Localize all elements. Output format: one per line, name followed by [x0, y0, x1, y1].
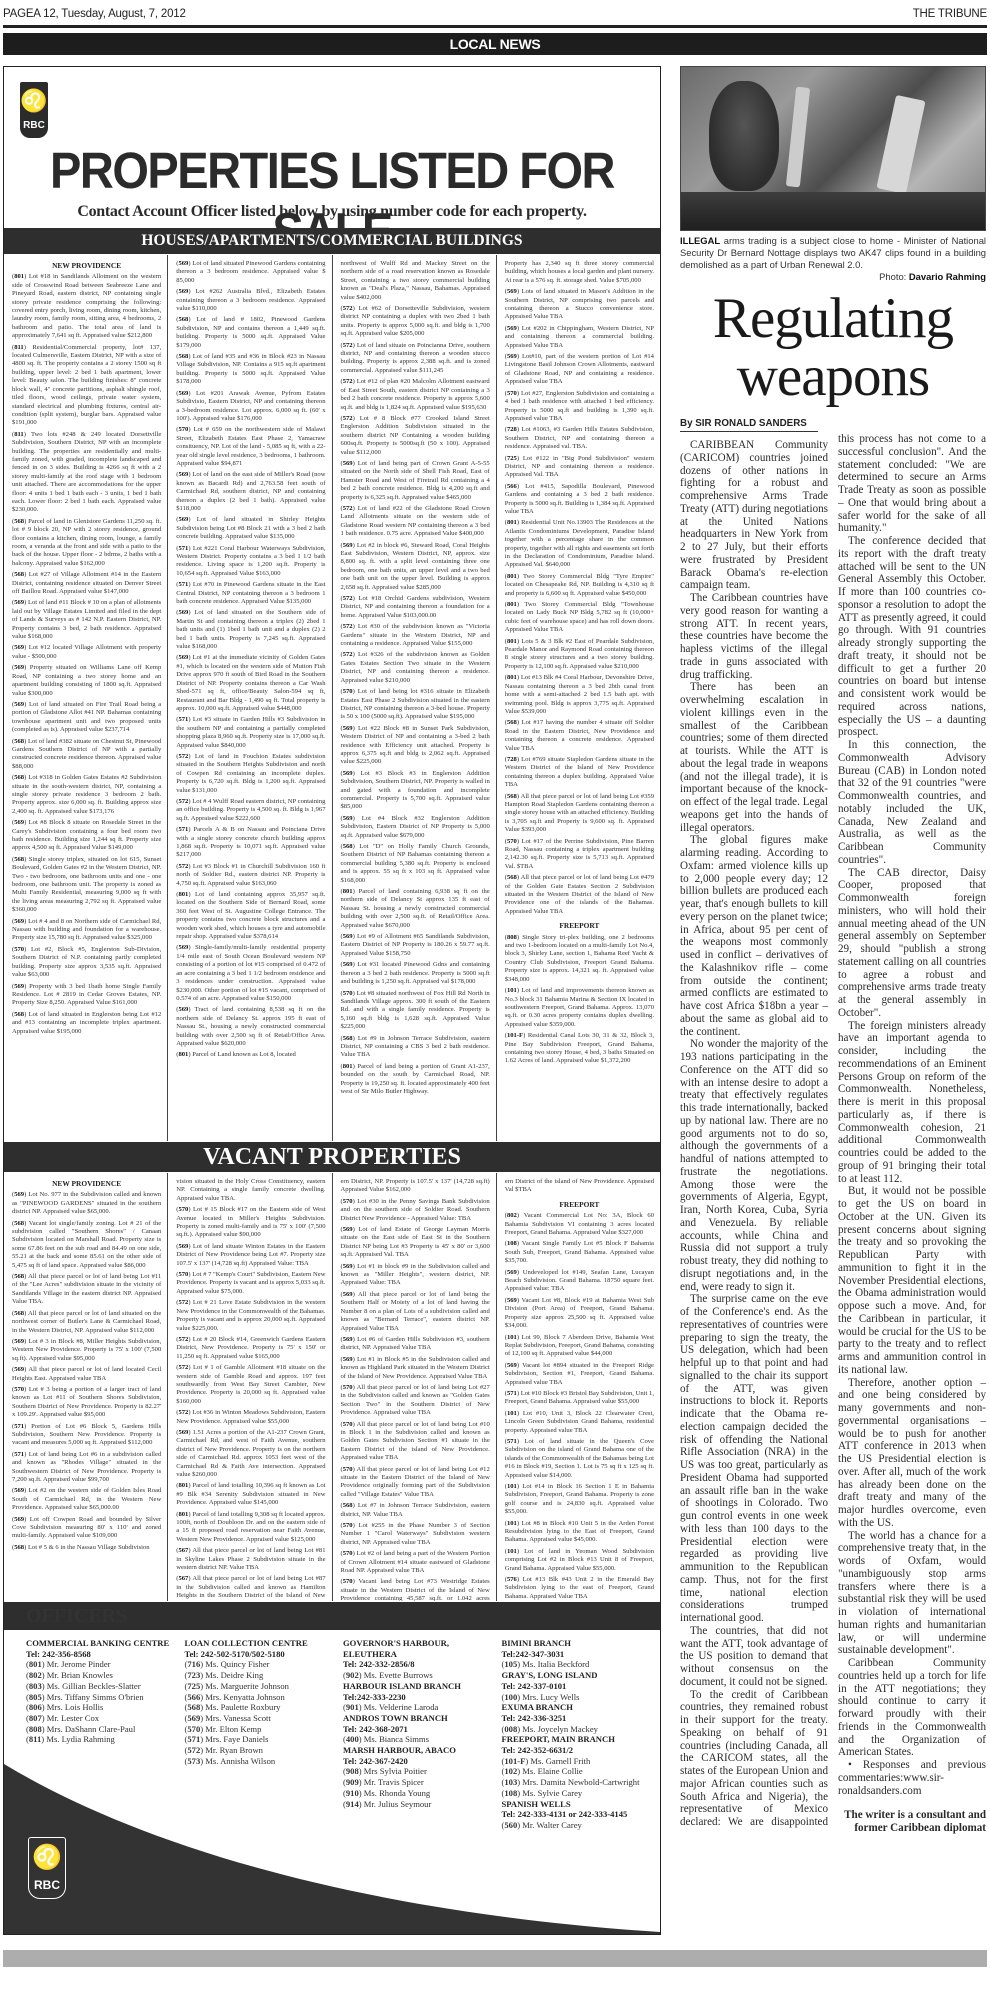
listing-column: northwest of Wulff Rd and Mackey Street … — [333, 255, 497, 1141]
property-listing: (572) Lot # 8 Block #77 Crooked Island S… — [341, 415, 490, 457]
listing-description: ern District, NP. Property is 107.5' x 1… — [341, 1178, 490, 1193]
property-listing: (101) Lot of land in Yeoman Wood Subdivi… — [505, 1548, 654, 1573]
property-listing: (569) Lot # 4 and 8 on Northern side of … — [12, 918, 161, 943]
listing-description: Lot #221 Coral Harbour Waterways Subdivi… — [176, 545, 325, 577]
property-listing: (569) Lot #31 located Pinewood Gdns and … — [341, 961, 490, 986]
listing-description: Lot #262 Australia Blvd., Elizabeth Esta… — [176, 288, 325, 312]
officer-branch-column: GOVERNOR'S HARBOUR,ELEUTHERATel: 242-332… — [343, 1638, 502, 1935]
officer-code: 570 — [343, 990, 353, 997]
listing-description: Residential Canal Lots 30, 31 & 32, Bloc… — [505, 1032, 654, 1064]
listing-description: Lot of land situate in the Queen's Cove … — [505, 1438, 654, 1479]
officer-code: 909 — [346, 1777, 359, 1787]
listing-description: Lot #70 in Pinewood Gardens situate in t… — [176, 581, 325, 605]
property-listing: (801) Two Storey Commercial Bldg "Townho… — [505, 601, 654, 635]
listing-description: Parcel of land totalling 10,396 sq ft kn… — [176, 1482, 325, 1506]
branch-heading: MARSH HARBOUR, ABACO — [343, 1745, 502, 1756]
officer-name: Ms. Italia Beckford — [522, 1659, 589, 1669]
property-listing: (568) Vacant lot single/family zoning. L… — [12, 1220, 161, 1270]
officer-code: 568 — [14, 856, 24, 863]
property-listing: (572) Lot # 4 Wulff Road eastern distric… — [176, 798, 325, 823]
officer-code: 568 — [343, 843, 353, 850]
property-listing: (569) Lot of land being part of Crown Gr… — [341, 460, 490, 502]
listing-description: Lot # 1 of Gamble Allotment #18 situate … — [176, 1364, 325, 1405]
article-paragraph: CARIBBEAN Community (CARICOM) countries … — [680, 439, 828, 592]
listing-description: Lot #1 at the immediate vicinity of Gold… — [176, 654, 325, 711]
property-listing: (108) Vacant Single Family Lot #5 Block … — [505, 1240, 654, 1265]
listing-description: Lot #22 Block #8 in Sunset Park Subdivis… — [341, 725, 490, 766]
officer-code: 570 — [343, 1466, 353, 1473]
officer-code: 728 — [507, 756, 517, 763]
branch-heading: Tel: 242-336-3251 — [502, 1713, 661, 1724]
article-headline: Regulating weapons — [680, 290, 986, 406]
listing-description: Lot #1063, #3 Garden Hills Estates Subdi… — [505, 426, 654, 450]
listing-description: Lot #1 in block #9 in the Subdivision ca… — [341, 1263, 490, 1287]
officer-code: 572 — [178, 753, 188, 760]
property-listing: (801) Lot #18 in Sandilands Allotment on… — [12, 273, 161, 340]
officer-code: 803 — [29, 1681, 42, 1691]
listing-description: Lot #30 in the Penny Savings Bank Subdiv… — [341, 1198, 490, 1222]
caption-text: arms trading is a subject close to home … — [680, 235, 986, 270]
listing-description: Lot #4 Block #32 Englerston Addition Sub… — [341, 815, 490, 839]
rbc-properties-ad: ♌ RBC PROPERTIES LISTED FOR SALE Contact… — [3, 66, 661, 1935]
branch-heading: GRAY'S, LONG ISLAND — [502, 1670, 661, 1681]
property-listing: (572) Lot #12 of plan #20 Malcolm Allotm… — [341, 378, 490, 412]
property-listing: (569) Vacant Lot #8, Block #19 at Bahami… — [505, 1297, 654, 1331]
officer-code: 108 — [507, 1240, 517, 1247]
officer-code: 566 — [187, 1692, 200, 1702]
officer-code: 572 — [178, 1364, 188, 1371]
officer-name: Mrs. Vanessa Scott — [205, 1713, 271, 1723]
officer-code: 570 — [507, 838, 517, 845]
officer-code: 801 — [178, 1482, 188, 1489]
property-listing: (569) Vacant lot #894 situated in the Fr… — [505, 1362, 654, 1387]
listing-description: All that piece parcel or lot of land bei… — [176, 1547, 325, 1571]
listing-description: Lot #3 Block #3 in Englerston Addition S… — [341, 770, 490, 811]
listing-description: Lots of land situated in Mason's Additio… — [505, 288, 654, 320]
lion-globe-icon: ♌ — [29, 1838, 65, 1878]
officer-code: 801 — [507, 638, 517, 645]
officer-code: 569 — [178, 1243, 188, 1250]
listing-description: vision situated in the Holy Cross Consti… — [176, 1178, 325, 1202]
officer-branch-column: BIMINI BRANCHTel:242-347-3031(105) Ms. I… — [502, 1638, 661, 1935]
property-listing: (801) Lots 5 & 3 Blk #2 East of Peardale… — [505, 638, 654, 672]
officer-code: 566 — [507, 483, 517, 490]
listing-description: Lot #36 in Winton Meadows Subdivision, E… — [176, 1409, 325, 1424]
article-paragraph: The world has a chance for a comprehensi… — [838, 1530, 986, 1658]
property-listing: (569) Single-family/multi-family residen… — [176, 944, 325, 1003]
listing-description: Lot #14 in Block 16 Section 1 E in Baham… — [505, 1483, 654, 1515]
officer-code: 569 — [178, 944, 188, 951]
officer-name: Ms. Deidre King — [205, 1670, 263, 1680]
property-listing: (572) Lot of land situate on Poincianna … — [341, 342, 490, 376]
listing-column: Property has 2,340 sq ft three storey co… — [497, 255, 660, 1141]
officer-code: 801 — [14, 273, 24, 280]
houses-heading: HOUSES/APARTMENTS/COMMERCIAL BUILDINGS — [4, 228, 660, 254]
photo-credit: Photo: Davario Rahming — [680, 271, 986, 283]
listing-description: Lot of land #11 Block # 10 on a plan of … — [12, 599, 161, 640]
officer-code: 571 — [178, 545, 188, 552]
listing-description: Lot #202 in Chippingham, Western Distric… — [505, 325, 654, 349]
page-footer-bar — [3, 1950, 987, 1967]
officer-code: 100 — [504, 1692, 517, 1702]
writer-note: The writer is a consultant and former Ca… — [838, 1809, 986, 1835]
listing-description: Lot #318 in Golden Gates Estates #2 Subd… — [12, 774, 161, 815]
officer-code: 571 — [178, 716, 188, 723]
vacant-listings: NEW PROVIDENCE(569) Lot No. 977 in the S… — [4, 1173, 660, 1601]
officer-code: 811 — [14, 344, 24, 351]
officer-entry: (801) Mr. Jerome Pinder — [26, 1659, 185, 1670]
officer-name: Ms. Sylvie Carey — [522, 1788, 582, 1798]
branch-heading: FREEPORT, MAIN BRANCH — [502, 1734, 661, 1745]
listing-description: Parcel of land totalling 9,308 sq ft loc… — [176, 1511, 325, 1543]
officer-code: 569 — [178, 516, 188, 523]
property-listing: (568) Lot # 5 & 6 in the Nassau Village … — [12, 1544, 161, 1552]
listing-description: Lot # 4 and 8 on Northern side of Carmic… — [12, 918, 161, 942]
property-listing: (570) Vacant land being Lot #73 Westridg… — [341, 1578, 490, 1601]
property-listing: (569) Lot #262 Australia Blvd., Elizabet… — [176, 288, 325, 313]
region-heading: NEW PROVIDENCE — [12, 262, 161, 270]
listing-description: All that piece parcel or lot of land loc… — [12, 1366, 161, 1381]
listing-description: Lot of land on the east side of Miller's… — [176, 471, 325, 512]
property-listing: (567) All that piece parcel or lot of la… — [176, 1547, 325, 1572]
caption-lead: ILLEGAL — [680, 235, 720, 246]
property-listing: (572) Lot of land in Fouchion Estates su… — [176, 753, 325, 795]
property-listing: (570) Lot of land being lot #316 situate… — [341, 688, 490, 722]
officer-code: 901 — [346, 1702, 359, 1712]
officer-code: 569 — [507, 1362, 517, 1369]
officer-code: 569 — [178, 1006, 188, 1013]
officer-entry: (802) Mr. Brian Knowles — [26, 1670, 185, 1681]
officer-code: 103 — [504, 1777, 517, 1787]
article-body: CARIBBEAN Community (CARICOM) countries … — [680, 433, 986, 1933]
officer-entry: (570) Mr. Elton Kemp — [185, 1724, 344, 1735]
listing-description: All that piece parcel or lot of land sit… — [12, 1310, 161, 1334]
property-listing: (101) Lot 99, Block 7 Aberdeen Drive, Ba… — [505, 1334, 654, 1359]
property-listing: (567) All that piece parcel or lot of la… — [176, 1575, 325, 1601]
officer-entry: (808) Mrs. DaShann Clare-Paul — [26, 1724, 185, 1735]
listing-description: Lot #13 Blk #43 Unit 2 in the Emerald Ba… — [505, 1576, 654, 1600]
officer-code: 568 — [14, 1273, 24, 1280]
property-listing: (569) Lot #1 in Block #5 in the Subdivis… — [341, 1356, 490, 1381]
officer-code: 576 — [507, 1576, 517, 1583]
listing-description: All that piece parcel or lot of land bei… — [505, 793, 654, 834]
listing-description: Lot #3 Block #1 in Churchill Subdivision… — [176, 863, 325, 887]
property-listing: (101) Lot #10, Unit 3, Block 22 Clearwat… — [505, 1410, 654, 1435]
property-listing: (569) Lot #22 Block #8 in Sunset Park Su… — [341, 725, 490, 767]
article-paragraph: The conference decided that its report w… — [838, 535, 986, 739]
listing-description: Lot # 3 in Block #8, Miller Heights Subd… — [12, 1338, 161, 1362]
branch-heading: Tel: 242-333-4131 or 242-333-4145 — [502, 1809, 661, 1820]
property-listing: (570) Lot # 15 Block #17 on the Eastern … — [176, 1206, 325, 1240]
officer-code: 572 — [178, 1299, 188, 1306]
officer-entry: (716) Ms. Quincy Fisher — [185, 1659, 344, 1670]
listing-description: Undeveloped lot #149, Seafan Lane, Lucay… — [505, 1269, 654, 1293]
officer-entry: (573) Ms. Annisha Wilson — [185, 1756, 344, 1767]
property-listing: (101) Lot #8 in Block #10 Unit 5 in the … — [505, 1520, 654, 1545]
listing-description: Lot of land and improvements thereon kno… — [505, 987, 654, 1028]
officer-entry: (400) Ms. Bianca Simms — [343, 1734, 502, 1745]
officer-entry: (566) Mrs. Kenyatta Johnson — [185, 1692, 344, 1703]
officer-code: 569 — [14, 918, 24, 925]
officer-code: 569 — [178, 609, 188, 616]
listing-description: Lot # 21 Love Estate Subdivision in the … — [176, 1299, 325, 1331]
officer-code: 725 — [187, 1681, 200, 1691]
listing-description: Lot of land situated on Fire Trail Road … — [12, 701, 161, 733]
branch-heading: GOVERNOR'S HARBOUR, — [343, 1638, 502, 1649]
page-date: PAGEA 12, Tuesday, August, 7, 2012 — [3, 8, 186, 26]
officer-code: 569 — [14, 1487, 24, 1494]
article-paragraph: No wonder the majority of the 193 nation… — [680, 1038, 828, 1293]
property-listing: (571) Lot #3 situate in Garden Hills #3 … — [176, 716, 325, 750]
listing-description: Lot #18 in Sandilands Allotment on the w… — [12, 273, 161, 339]
property-listing: (569) Tract of land containing 8,538 sq … — [176, 1006, 325, 1048]
property-listing: (568) Lot #17 having the number 4 situat… — [505, 719, 654, 753]
officer-code: 571 — [507, 1438, 517, 1445]
listing-description: Single-family/multi-family residential p… — [176, 944, 325, 1001]
officer-entry: (910) Ms. Rhonda Young — [343, 1788, 502, 1799]
officer-code: 568 — [14, 571, 24, 578]
listing-description: Vacant Lot #8, Block #19 at Bahamia West… — [505, 1297, 654, 1329]
officer-code: 570 — [343, 1421, 353, 1428]
officer-code: 806 — [29, 1702, 42, 1712]
officer-code: 569 — [343, 1226, 353, 1233]
branch-heading: Tel: 242-502-5170/502-5180 — [185, 1649, 344, 1660]
property-listing: (811) Two lots #248 & 249 located Dorset… — [12, 431, 161, 515]
listing-description: Lot #326 of the subdivision known as Gol… — [341, 651, 490, 683]
property-listing: (572) Lot #62 of Dorsetteville Subdivisi… — [341, 305, 490, 339]
property-listing: (569) Lot of land #11 Block # 10 on a pl… — [12, 599, 161, 641]
property-listing: (569) Lot No. 977 in the Subdivision cal… — [12, 1191, 161, 1216]
listing-description: All that piece parcel or lot of land bei… — [341, 1384, 490, 1416]
officer-code: 569 — [178, 654, 188, 661]
officer-name: Ms. Bianca Simms — [364, 1734, 429, 1744]
officer-code: 570 — [343, 1198, 353, 1205]
officer-code: 108 — [504, 1788, 517, 1798]
branch-heading: SPANISH WELLS — [502, 1799, 661, 1810]
listing-description: Lot #12 located Village Allotment with p… — [12, 644, 161, 659]
property-listing: (571) Lot #10 Block #3 Bristol Bay Subdi… — [505, 1390, 654, 1407]
listing-description: Lot of land situated in Englerston being… — [12, 1011, 161, 1035]
officer-code: 801 — [178, 1051, 188, 1058]
property-listing: (101) Lot of land and improvements there… — [505, 987, 654, 1029]
property-listing: vision situated in the Holy Cross Consti… — [176, 1178, 325, 1203]
officer-code: 572 — [178, 863, 188, 870]
officer-code: 569 — [343, 1263, 353, 1270]
officer-code: 105 — [504, 1659, 517, 1669]
listing-description: Portion of Lot #6 Block 5, Gardens Hills… — [12, 1423, 161, 1447]
officer-code: 570 — [178, 426, 188, 433]
listing-description: Lot of land Estate of George Layman Morr… — [341, 1226, 490, 1258]
officer-code: 569 — [343, 460, 353, 467]
responses-note: • Responses and previous commentaries:ww… — [838, 1759, 986, 1797]
officer-code: 801 — [178, 891, 188, 898]
officer-code: 568 — [178, 353, 188, 360]
property-listing: (569) Lot #3 Block #3 in Englerston Addi… — [341, 770, 490, 812]
officer-code: 570 — [14, 1386, 24, 1393]
property-listing: (571) Parcels A & B on Nassau and Poinci… — [176, 826, 325, 860]
officer-code: 914 — [346, 1799, 359, 1809]
branch-heading: BIMINI BRANCH — [502, 1638, 661, 1649]
listing-description: Parcel of land being a portion of Grant … — [341, 1063, 490, 1095]
listing-description: Two lots #248 & 249 located Dorsettville… — [12, 431, 161, 514]
listing-description: Residential/Commercial property, lot# 13… — [12, 344, 161, 427]
officer-name: Ms. Rhonda Young — [364, 1788, 430, 1798]
officer-code: 723 — [187, 1670, 200, 1680]
listing-description: Lot #27, Englerston Subdivision and cont… — [505, 390, 654, 422]
article-byline: By SIR RONALD SANDERS — [680, 418, 818, 432]
officer-name: Mrs. Lucy Wells — [522, 1692, 579, 1702]
article-paragraph: The surprise came on the eve of the Conf… — [680, 1293, 828, 1625]
article-paragraph: The countries, that did not want the ATT… — [680, 1625, 828, 1689]
listing-column: NEW PROVIDENCE(801) Lot #18 in Sandiland… — [4, 255, 168, 1141]
listing-description: Lot #7 in Johnson Terrace Subdivision, e… — [341, 1502, 490, 1517]
listing-description: Parcel of Land known as Lot 8, located — [192, 1051, 296, 1058]
officer-code: 572 — [343, 415, 353, 422]
officer-code: 572 — [187, 1745, 200, 1755]
listing-description: Lot #9 of Allotment #65 Sandilands Subdi… — [341, 933, 490, 957]
property-listing: (568) Lot of land #382 situate on Chestn… — [12, 738, 161, 772]
property-listing: (801) Parcel of land totalling 10,396 sq… — [176, 1482, 325, 1507]
listing-description: Parcel of land in Glenistore Gardens 11,… — [12, 518, 161, 567]
officer-name: Mr. Walter Carey — [522, 1820, 582, 1830]
property-listing: Property has 2,340 sq ft three storey co… — [505, 260, 654, 285]
officer-code: 802 — [29, 1670, 42, 1680]
listing-column: (569) Lot of land situated Pinewood Gard… — [168, 255, 332, 1141]
listing-description: Parcel of land containing 6,938 sq ft on… — [341, 888, 490, 929]
listing-description: Lot #9 in Johnson Terrace Subdivision, e… — [341, 1035, 490, 1059]
officer-code: 802 — [507, 1212, 517, 1219]
property-listing: (569) Lot #1 in block #9 in the Subdivis… — [341, 1263, 490, 1288]
property-listing: northwest of Wulff Rd and Mackey Street … — [341, 260, 490, 302]
property-listing: (572) Lot #30 of the subdivision known a… — [341, 623, 490, 648]
officer-name: Ms. Velderine Laroda — [364, 1702, 439, 1712]
listing-column: ern District of the island of New Provid… — [497, 1173, 660, 1601]
officer-code: 572 — [343, 378, 353, 385]
property-listing: (569) Lot #201 Arawak Avenue, Pyfrom Est… — [176, 390, 325, 424]
listing-description: Lot #10, Unit 3, Block 22 Clearwater Cre… — [505, 1410, 654, 1434]
listing-description: Vacant land being Lot #73 Westridge Esta… — [341, 1578, 490, 1601]
property-listing: (569) All that piece parcel or lot of la… — [12, 1366, 161, 1383]
officer-code: 102 — [504, 1766, 517, 1776]
listing-description: Lot #62 of Dorsetteville Subdivision, we… — [341, 305, 490, 337]
listing-description: Lot #1 in Block #5 in the Subdivision ca… — [341, 1356, 490, 1380]
listing-description: Lot of land being part of Crown Grant A-… — [341, 460, 490, 501]
listing-description: Lot #2, Block #5, Englerston Sub-Divisio… — [12, 946, 161, 978]
property-listing: (568) Lot of land # 1802, Pinewood Garde… — [176, 316, 325, 350]
officer-code: 560 — [504, 1820, 517, 1830]
listing-description: Lot of land situated in Shirley Heights … — [176, 516, 325, 540]
officers-directory: COMMERCIAL BANKING CENTRETel: 242-356-85… — [4, 1638, 660, 1935]
publication-name: THE TRIBUNE — [913, 8, 987, 26]
property-listing: (568) Lot #27 of Village Allotment #14 i… — [12, 571, 161, 596]
officer-code: 570 — [178, 1271, 188, 1278]
listing-description: Two Storey Commercial Bldg "Tyre Empire"… — [505, 573, 654, 597]
listing-description: All that piece parcel or lot of land bei… — [341, 1466, 490, 1498]
vacant-heading: VACANT PROPERTIES — [4, 1142, 660, 1172]
officer-code: 569 — [343, 1291, 353, 1298]
property-listing: (570) Lot #2 of land being a part of the… — [341, 1550, 490, 1575]
property-listing: (569) Lot of land situated Pinewood Gard… — [176, 260, 325, 285]
listing-description: All that piece parcel or lot of land bei… — [12, 1273, 161, 1305]
property-listing: (568) Single storey triplex, situated on… — [12, 856, 161, 915]
branch-heading: Tel: 242-367-2420 — [343, 1756, 502, 1767]
officer-code: 801 — [507, 573, 517, 580]
officer-code: 801 — [29, 1659, 42, 1669]
photo-caption: ILLEGAL arms trading is a subject close … — [680, 235, 986, 283]
officer-code: 902 — [346, 1670, 359, 1680]
officer-code: 101 — [507, 1334, 517, 1341]
property-listing: (801) Parcel of Land known as Lot 8, loc… — [176, 1051, 325, 1059]
property-listing: (568) All that piece parcel or lot of la… — [12, 1273, 161, 1307]
officer-code: 569 — [507, 288, 517, 295]
property-listing: (576) Lot #13 Blk #43 Unit 2 in the Emer… — [505, 1576, 654, 1601]
officer-entry: (805) Mrs. Tiffany Simms O'brien — [26, 1692, 185, 1703]
property-listing: (569) Undeveloped lot #149, Seafan Lane,… — [505, 1269, 654, 1294]
officer-entry: (101-F) Ms. Garnell Frith — [502, 1756, 661, 1767]
property-listing: (569) Lot #8 Block 8 situate on Rosedale… — [12, 819, 161, 853]
property-listing: (572) Lot #326 of the subdivision known … — [341, 651, 490, 685]
listing-description: All that piece parcel or lot of land bei… — [176, 1575, 325, 1601]
branch-heading: Tel: 242-352-6631/2 — [502, 1745, 661, 1756]
listing-description: All that piece parcel or lot of land bei… — [505, 874, 654, 915]
officer-name: Ms. Elaine Collie — [522, 1766, 582, 1776]
ak47-clip-image — [786, 87, 810, 188]
photographer: Davario Rahming — [909, 271, 986, 282]
officer-code: 570 — [178, 1206, 188, 1213]
listing-description: Lot #8 situated northwest of Fox Hill Rd… — [341, 990, 490, 1031]
property-listing: (569) Lot #2 on the western side of Gold… — [12, 1487, 161, 1512]
officer-entry: (571) Mrs. Faye Daniels — [185, 1734, 344, 1745]
listing-description: Lot #255 in the Phase Number 3 of Sectio… — [341, 1522, 490, 1546]
property-listing: (569) Lot of land situate Winton Estates… — [176, 1243, 325, 1268]
officer-code: 808 — [29, 1724, 42, 1734]
property-listing: (725) Lot #122 in "Big Pond Subdivision"… — [505, 455, 654, 480]
officer-code: 101 — [507, 1520, 517, 1527]
houses-listings: NEW PROVIDENCE(801) Lot #18 in Sandiland… — [4, 255, 660, 1141]
officer-code: 571 — [187, 1734, 200, 1744]
branch-heading: Tel: 242-356-8568 — [26, 1649, 185, 1660]
listing-description: Property has 2,340 sq ft three storey co… — [505, 260, 654, 284]
officer-name: Ms. Garnell Frith — [530, 1756, 590, 1766]
article-paragraph: The CAB director, Daisy Cooper, proposed… — [838, 867, 986, 1020]
property-listing: (811) Residential/Commercial property, l… — [12, 344, 161, 428]
property-listing: (569) Lot #12 located Village Allotment … — [12, 644, 161, 661]
officer-code: 801 — [507, 601, 517, 608]
rbc-logo-text: RBC — [23, 120, 45, 131]
property-listing: (571) Lot #70 in Pinewood Gardens situat… — [176, 581, 325, 606]
region-heading: NEW PROVIDENCE — [12, 1180, 161, 1188]
property-listing: (570) Lot # 7 "Kemp's Court" Subdivision… — [176, 1271, 325, 1296]
news-photo — [680, 66, 986, 231]
branch-heading: HARBOUR ISLAND BRANCH — [343, 1681, 502, 1692]
listing-description: Lot #6 of Garden Hills Subdivision #3, s… — [341, 1336, 490, 1351]
property-listing: (571) Portion of Lot #6 Block 5, Gardens… — [12, 1423, 161, 1448]
listing-description: Lot off Cowpen Road and bounded by Silve… — [12, 1516, 161, 1540]
officer-code: 570 — [507, 390, 517, 397]
property-listing: (569) Lot #9 of Allotment #65 Sandilands… — [341, 933, 490, 958]
officer-code: 101 — [507, 987, 517, 994]
listing-description: Lot #27 of Village Allotment #14 in the … — [12, 571, 161, 595]
officer-entry: (908) Mrs Sylvia Poitier — [343, 1766, 502, 1777]
listing-description: Lot #415, Sapodilla Boulevard, Pinewood … — [505, 483, 654, 515]
listing-description: Single Story tri-plex building, one 2 be… — [505, 934, 654, 983]
officer-entry: (568) Ms. Paulette Roxbury — [185, 1702, 344, 1713]
officer-name: Ms. Joycelyn Mackey — [522, 1724, 598, 1734]
listing-description: Lot of land situate Winton Estates in th… — [176, 1243, 325, 1267]
officer-code: 572 — [178, 1409, 188, 1416]
officer-code: 568 — [14, 518, 24, 525]
officer-code: 572 — [343, 623, 353, 630]
